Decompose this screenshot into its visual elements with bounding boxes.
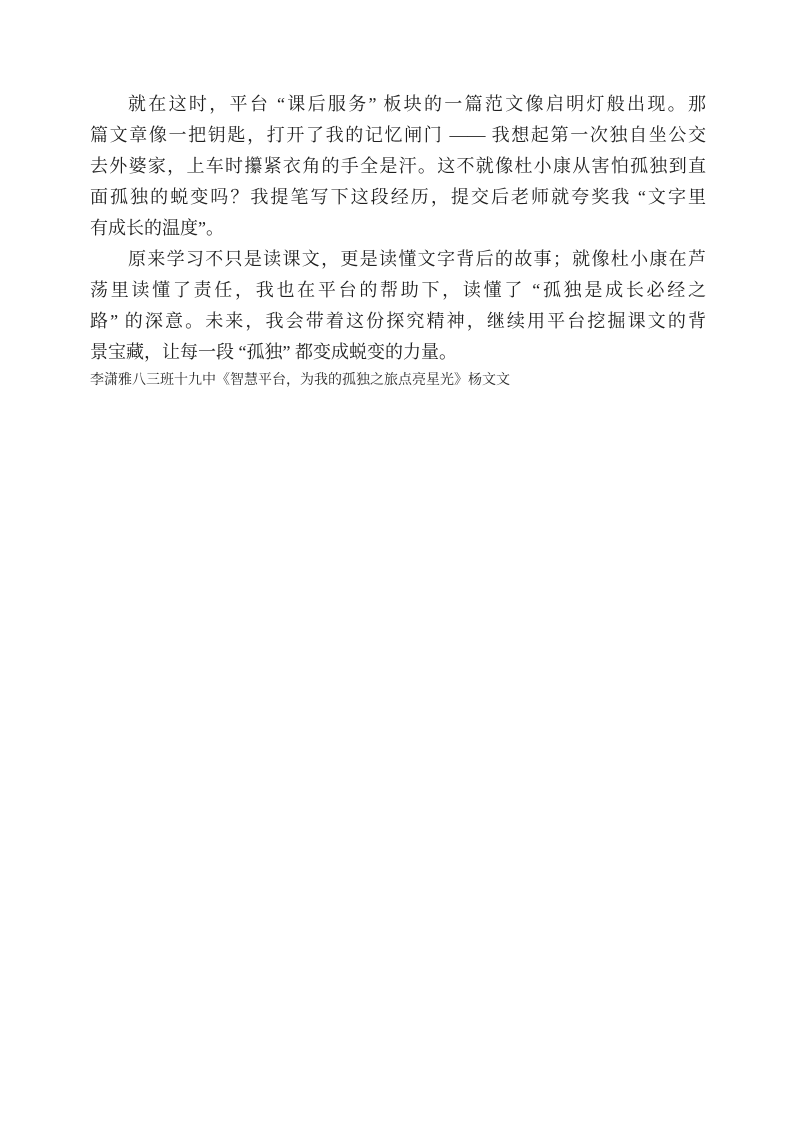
byline: 李潇雅八三班十九中《智慧平台，为我的孤独之旅点亮星光》杨文文 <box>90 370 706 392</box>
text-line: 原来学习不只是读课文，更是读懂文字背后的故事；就像杜小康在芦 <box>90 244 706 275</box>
text-line: 就在这时，平台 “课后服务” 板块的一篇范文像启明灯般出现。那 <box>90 89 706 120</box>
text-line: 面孤独的蜕变吗？我提笔写下这段经历，提交后老师就夸奖我 “文字里 <box>90 182 706 213</box>
paragraph: 就在这时，平台 “课后服务” 板块的一篇范文像启明灯般出现。那篇文章像一把钥匙，… <box>90 89 706 244</box>
text-line: 景宝藏，让每一段 “孤独” 都变成蜕变的力量。 <box>90 337 706 368</box>
text-line: 有成长的温度”。 <box>90 213 706 244</box>
text-line: 荡里读懂了责任，我也在平台的帮助下，读懂了 “孤独是成长必经之 <box>90 275 706 306</box>
document-page: 就在这时，平台 “课后服务” 板块的一篇范文像启明灯般出现。那篇文章像一把钥匙，… <box>0 0 794 1123</box>
body-text: 就在这时，平台 “课后服务” 板块的一篇范文像启明灯般出现。那篇文章像一把钥匙，… <box>90 89 706 368</box>
text-line: 去外婆家，上车时攥紧衣角的手全是汗。这不就像杜小康从害怕孤独到直 <box>90 151 706 182</box>
paragraph: 原来学习不只是读课文，更是读懂文字背后的故事；就像杜小康在芦荡里读懂了责任，我也… <box>90 244 706 368</box>
text-line: 篇文章像一把钥匙，打开了我的记忆闸门 —— 我想起第一次独自坐公交 <box>90 120 706 151</box>
text-line: 路” 的深意。未来，我会带着这份探究精神，继续用平台挖掘课文的背 <box>90 306 706 337</box>
page-content: 就在这时，平台 “课后服务” 板块的一篇范文像启明灯般出现。那篇文章像一把钥匙，… <box>90 89 706 392</box>
